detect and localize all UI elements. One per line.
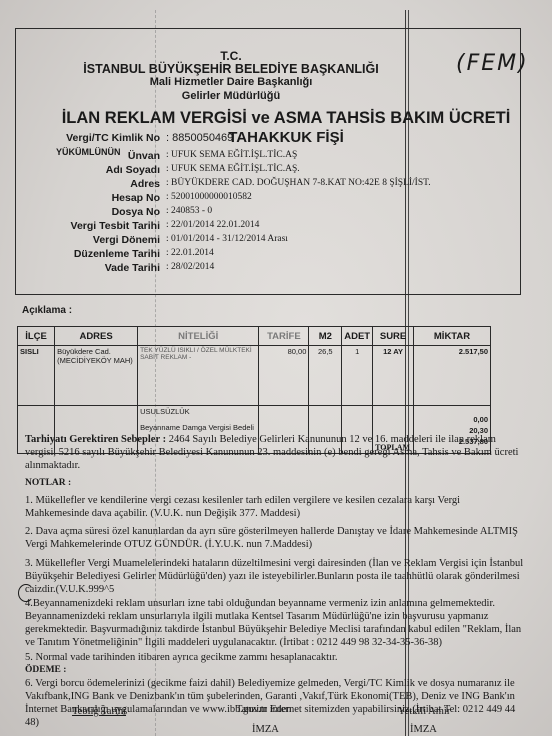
info-label: Ünvan xyxy=(128,150,160,162)
info-value: : 01/01/2014 - 31/12/2014 Arası xyxy=(166,234,288,244)
info-value: : 28/02/2014 xyxy=(166,262,214,272)
info-label: Dosya No xyxy=(112,206,160,218)
document-page: T.C. İSTANBUL BÜYÜKŞEHİR BELEDİYE BAŞKAN… xyxy=(0,0,552,736)
col-sure: SURE xyxy=(373,327,414,346)
cell-niteligi: TEK YÜZLÜ ISIKLI / ÖZEL MÜLKTEKİ SABİT R… xyxy=(138,346,259,406)
handwritten-circle xyxy=(18,584,34,602)
header-directorate: Gelirler Müdürlüğü xyxy=(16,90,446,102)
cell-m2: 26,5 xyxy=(309,346,342,406)
info-label: Hesap No xyxy=(112,192,160,204)
col-tarife: TARİFE xyxy=(259,327,309,346)
info-value: : UFUK SEMA EĞİT.İŞL.TİC.AŞ. xyxy=(166,164,300,174)
note-4: 4.Beyannamenizdeki reklam unsurları izne… xyxy=(25,597,525,649)
info-value: : 240853 - 0 xyxy=(166,206,212,216)
table-row: SISLI Büyükdere Cad.(MECİDİYEKÖY MAH) TE… xyxy=(18,346,491,406)
header-tc: T.C. xyxy=(16,49,446,63)
info-value: : 8850050469 xyxy=(166,132,233,144)
teblig-tarihi-label: Tebliğ Tarihi xyxy=(72,706,126,717)
notes-section: NOTLAR : 1. Mükellefler ve kendilerine v… xyxy=(25,477,525,729)
info-value: : 22.01.2014 xyxy=(166,248,214,258)
cell-miktar: 2.517,50 xyxy=(414,346,491,406)
cell-ilce: SISLI xyxy=(18,346,55,406)
document-title: İLAN REKLAM VERGİSİ ve ASMA TAHSİS BAKIM… xyxy=(16,109,552,128)
info-row: Dosya No: 240853 - 0 xyxy=(16,206,516,220)
info-value: : 22/01/2014 22.01.2014 xyxy=(166,220,259,230)
col-ilce: İLÇE xyxy=(18,327,55,346)
note-3: 3. Mükellefler Vergi Muamelelerindeki ha… xyxy=(25,557,525,596)
info-label: Vergi/TC Kimlik No xyxy=(66,132,160,144)
note-5: 5. Normal vade tarihinden itibaren ayrıc… xyxy=(25,651,525,664)
cell-sure: 12 AY xyxy=(373,346,414,406)
info-row: Ünvan: UFUK SEMA EĞİT.İŞL.TİC.AŞ xyxy=(16,150,516,164)
payment-title: ÖDEME : xyxy=(25,664,525,677)
imza-yetkili: İMZA xyxy=(410,724,437,735)
imza-tanzim: İMZA xyxy=(252,724,279,735)
info-value: : BÜYÜKDERE CAD. DOĞUŞHAN 7-8.KAT NO:42E… xyxy=(166,178,431,188)
header-department: Mali Hizmetler Daire Başkanlığı xyxy=(16,76,446,88)
info-row: Vergi/TC Kimlik No: 8850050469 xyxy=(16,132,516,146)
header-institution: İSTANBUL BÜYÜKŞEHİR BELEDİYE BAŞKANLIĞI xyxy=(16,62,446,76)
info-label: Düzenleme Tarihi xyxy=(74,248,160,260)
info-row: Vergi Tesbit Tarihi: 22/01/2014 22.01.20… xyxy=(16,220,516,234)
yetkili-amir-label: Yetkili Amir xyxy=(398,706,450,717)
payment-text: 6. Vergi borcu ödemelerinizi (gecikme fa… xyxy=(25,677,525,729)
info-row: Düzenleme Tarihi: 22.01.2014 xyxy=(16,248,516,262)
note-2: 2. Dava açma süresi özel kanunlardan da … xyxy=(25,525,525,551)
reasons-label: Tarhiyatı Gerektiren Sebepler : xyxy=(25,434,166,445)
info-row: Hesap No: 52001000000010582 xyxy=(16,192,516,206)
usulsuzluk-label: USULSÜZLÜK xyxy=(140,407,256,416)
info-label: Adres xyxy=(130,178,160,190)
cell-tarife: 80,00 xyxy=(259,346,309,406)
info-row: Adres: BÜYÜKDERE CAD. DOĞUŞHAN 7-8.KAT N… xyxy=(16,178,516,192)
info-label: Vade Tarihi xyxy=(105,262,160,274)
info-label: Vergi Tesbit Tarihi xyxy=(71,220,160,232)
damga-label: Beyanname Damga Vergisi Bedeli xyxy=(140,423,256,432)
col-m2: M2 xyxy=(309,327,342,346)
col-adet: ADET xyxy=(342,327,373,346)
info-value: : UFUK SEMA EĞİT.İŞL.TİC.AŞ xyxy=(166,150,297,160)
info-value: : 52001000000010582 xyxy=(166,192,252,202)
info-label: Vergi Dönemi xyxy=(93,234,160,246)
aciklama-label: Açıklama : xyxy=(22,305,72,316)
note-1: 1. Mükellefler ve kendilerine vergi ceza… xyxy=(25,494,525,520)
header-box: T.C. İSTANBUL BÜYÜKŞEHİR BELEDİYE BAŞKAN… xyxy=(15,28,521,295)
info-row: Vade Tarihi: 28/02/2014 xyxy=(16,262,516,276)
reasons-paragraph: Tarhiyatı Gerektiren Sebepler : 2464 Say… xyxy=(25,433,525,472)
info-label: Adı Soyadı xyxy=(106,164,160,176)
col-adres: ADRES xyxy=(55,327,138,346)
usulsuzluk-amount: 0,00 xyxy=(416,414,488,425)
info-row: Adı Soyadı: UFUK SEMA EĞİT.İŞL.TİC.AŞ. xyxy=(16,164,516,178)
col-niteligi: NİTELİĞİ xyxy=(138,327,259,346)
handwritten-note: (FEM) xyxy=(456,51,529,76)
cell-adres: Büyükdere Cad.(MECİDİYEKÖY MAH) xyxy=(55,346,138,406)
col-miktar: MİKTAR xyxy=(414,327,491,346)
tanzim-eden-label: Tanzim Eden xyxy=(236,704,292,715)
table-header-row: İLÇE ADRES NİTELİĞİ TARİFE M2 ADET SURE … xyxy=(18,327,491,346)
info-row: Vergi Dönemi: 01/01/2014 - 31/12/2014 Ar… xyxy=(16,234,516,248)
cell-adet: 1 xyxy=(342,346,373,406)
notes-title: NOTLAR : xyxy=(25,477,525,490)
